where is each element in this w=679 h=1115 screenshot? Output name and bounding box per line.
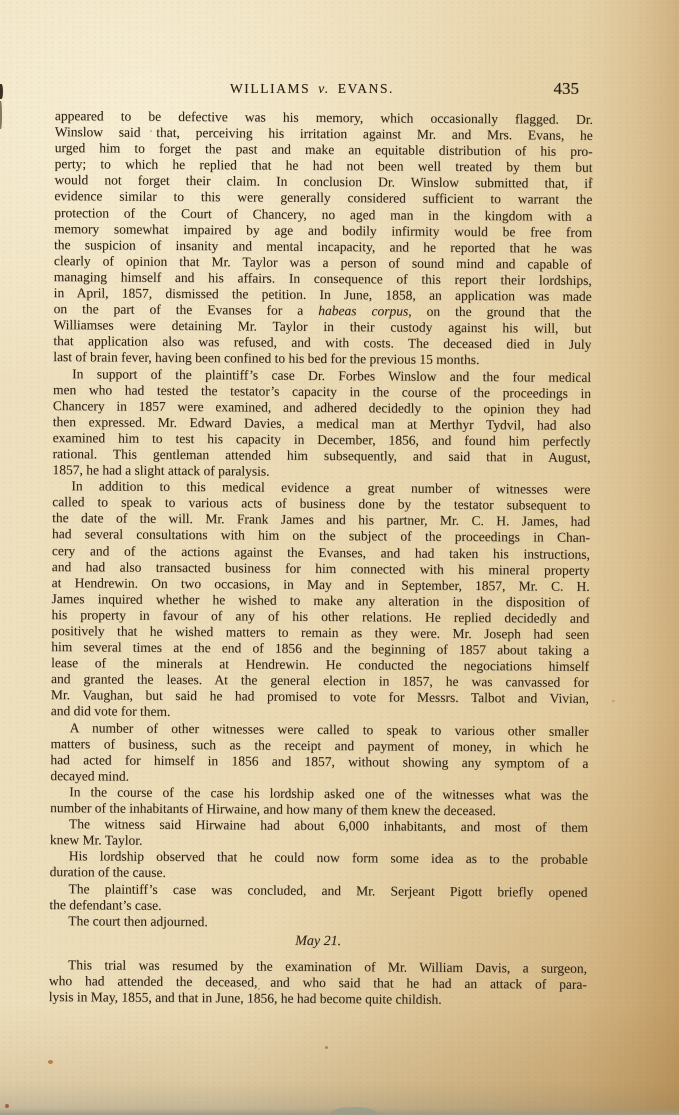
paragraph: A number of other witnesses were called … [50,720,588,788]
paragraph: This trial was resumed by the examinatio… [49,957,587,1009]
paragraph: His lordship observed that he could now … [50,848,588,884]
paper-speck [48,1060,53,1064]
paper-speck [612,700,615,702]
paper-speck [589,177,592,180]
running-title: WILLIAMS v. EVANS. [0,81,624,97]
body-text: appeared to be defective was his memory,… [49,108,593,1009]
book-page: WILLIAMS v. EVANS. 435 appeared to be de… [0,0,679,1115]
page-bottom-edge [0,1108,679,1115]
page-header: WILLIAMS v. EVANS. 435 [0,79,679,101]
ink-mark [0,84,3,99]
paragraph: In support of the plaintiff’s case Dr. F… [52,366,591,482]
paragraph: In the course of the case his lordship a… [50,784,588,820]
paper-speck [150,130,152,132]
paragraph: In addition to this medical evidence a g… [51,478,591,723]
paragraph: The court then adjourned. [49,913,587,933]
text-line: The court then adjourned. [49,913,587,933]
paper-speck [258,988,260,990]
ink-mark [0,101,2,129]
paragraph: The witness said Hirwaine had about 6,00… [50,816,588,852]
section-heading: May 21. [49,932,587,952]
paragraph: The plaintiff’s case was concluded, and … [49,881,587,917]
paper-speck [325,1046,328,1049]
page-number: 435 [554,79,580,99]
paragraph: appeared to be defective was his memory,… [53,108,593,369]
